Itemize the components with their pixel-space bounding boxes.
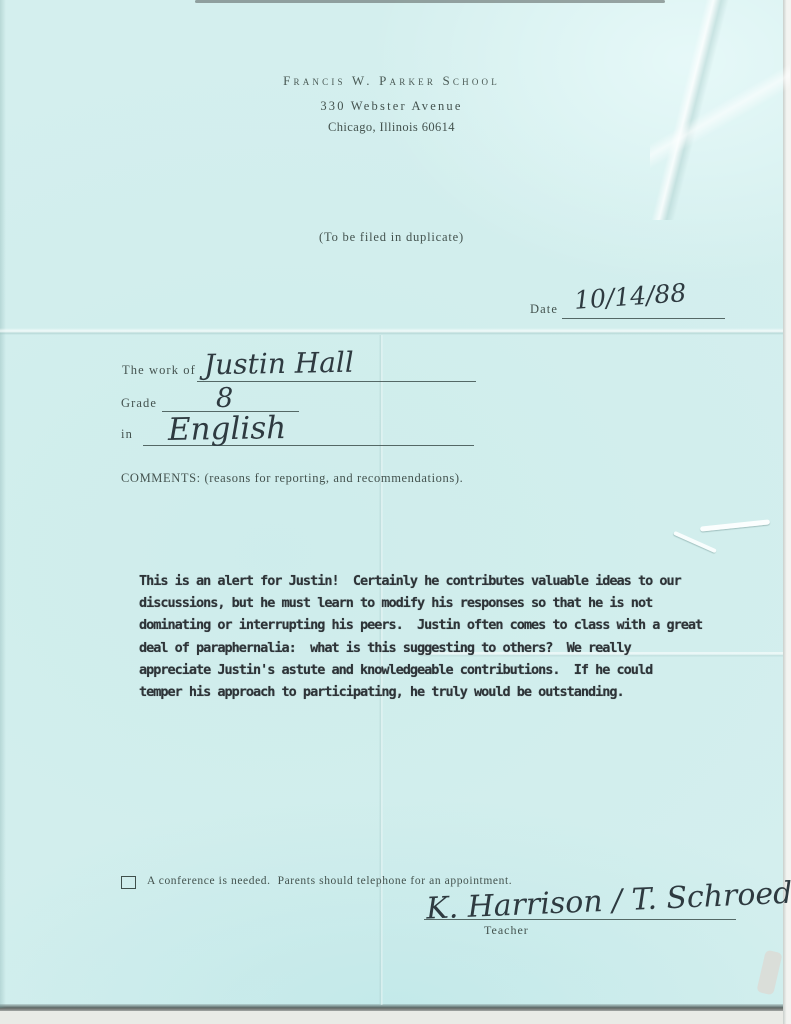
subject-handwritten-value: English	[168, 410, 287, 448]
grade-label: Grade	[121, 396, 157, 411]
subject-label: in	[121, 427, 133, 442]
work-of-rule	[197, 381, 476, 382]
student-name-handwritten: Justin Hall	[204, 346, 354, 382]
comments-line: This is an alert for Justin! Certainly h…	[139, 573, 739, 595]
conference-checkbox[interactable]	[121, 876, 136, 889]
date-label: Date	[530, 302, 558, 317]
scanner-edge-right	[783, 0, 791, 1024]
scanner-edge-bottom	[0, 1011, 783, 1024]
school-address-street: 330 Webster Avenue	[0, 99, 783, 114]
paper-bottom-edge	[0, 1004, 783, 1011]
grade-handwritten-value: 8	[216, 383, 233, 414]
school-address-city: Chicago, Illinois 60614	[0, 120, 783, 135]
comments-line: dominating or interrupting his peers. Ju…	[139, 617, 739, 639]
paper-left-shade	[0, 0, 6, 1008]
filing-note: (To be filed in duplicate)	[0, 230, 783, 245]
signature-rule	[424, 919, 736, 920]
comments-line: appreciate Justin's astute and knowledge…	[139, 662, 739, 684]
teacher-role-label: Teacher	[484, 923, 529, 938]
comments-line: temper his approach to participating, he…	[139, 684, 739, 706]
comments-heading: COMMENTS: (reasons for reporting, and re…	[121, 471, 463, 486]
paper-top-edge	[195, 0, 665, 3]
comments-line: discussions, but he must learn to modify…	[139, 595, 739, 617]
scanned-paper	[0, 0, 783, 1008]
conference-label: A conference is needed. Parents should t…	[147, 875, 512, 887]
date-rule	[562, 318, 725, 319]
work-of-label: The work of	[122, 363, 196, 378]
school-name: Francis W. Parker School	[0, 73, 783, 89]
comments-line: deal of paraphernalia: what is this sugg…	[139, 640, 739, 662]
